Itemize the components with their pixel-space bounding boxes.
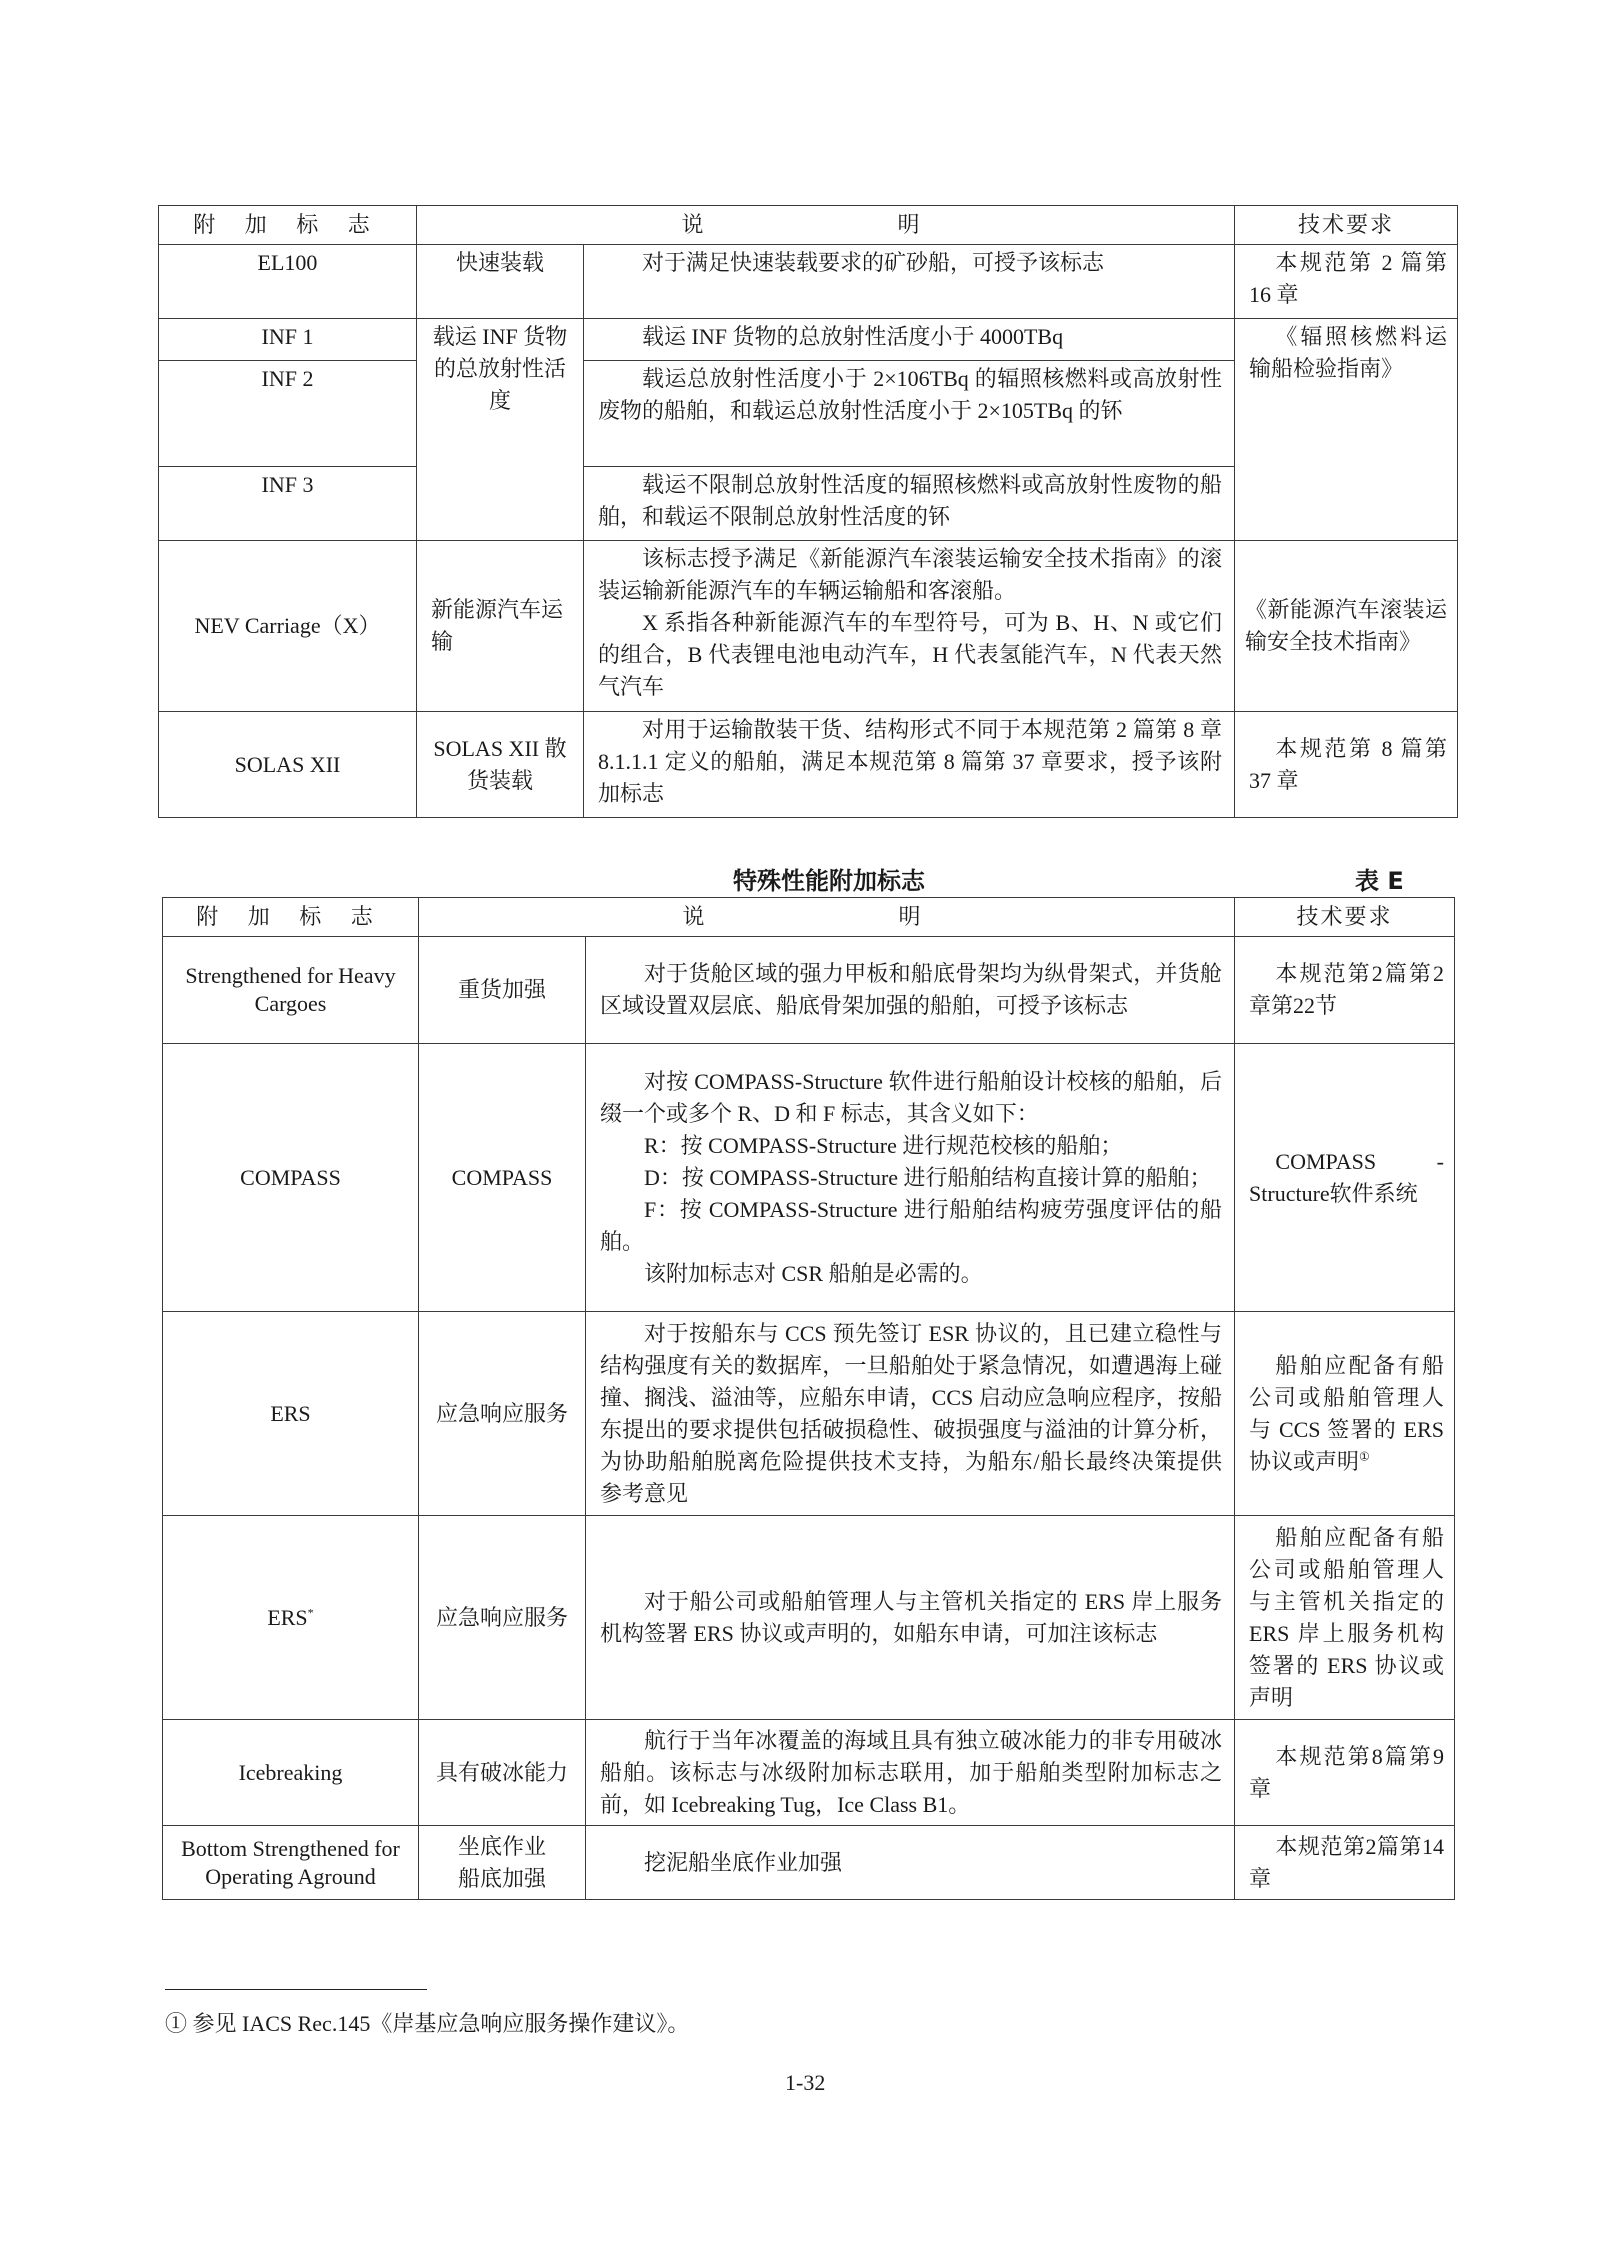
description-cell: 对用于运输散装干货、结构形式不同于本规范第 2 篇第 8 章 8.1.1.1 定… [584, 712, 1235, 818]
short-cell: 载运 INF 货物的总放射性活度 [417, 319, 584, 541]
short-cell: 应急响应服务 [419, 1312, 586, 1516]
table-row: Strengthened for Heavy Cargoes 重货加强 对于货舱… [163, 937, 1455, 1044]
asterisk-mark: * [308, 1605, 314, 1619]
flag-cell: Icebreaking [163, 1720, 419, 1826]
table-e: 附 加 标 志 说 明 技术要求 Strengthened for Heavy … [162, 897, 1455, 1900]
short-cell: COMPASS [419, 1044, 586, 1312]
flag-cell: ERS* [163, 1516, 419, 1720]
header-flag: 附 加 标 志 [163, 898, 419, 937]
table-row: Bottom Strengthened for Operating Agroun… [163, 1826, 1455, 1900]
flag-cell: SOLAS XII [159, 712, 417, 818]
header-requirements: 技术要求 [1235, 206, 1458, 245]
table-header-row: 附 加 标 志 说 明 技术要求 [159, 206, 1458, 245]
table-row: NEV Carriage（X） 新能源汽车运输 该标志授予满足《新能源汽车滚装运… [159, 541, 1458, 712]
flag-cell: Bottom Strengthened for Operating Agroun… [163, 1826, 419, 1900]
description-cell: 对于满足快速装载要求的矿砂船，可授予该标志 [584, 245, 1235, 319]
description-cell: 载运总放射性活度小于 2×106TBq 的辐照核燃料或高放射性废物的船舶，和载运… [584, 361, 1235, 467]
requirements-cell: 本规范第 8 篇第 37 章 [1235, 712, 1458, 818]
short-cell: 坐底作业船底加强 [419, 1826, 586, 1900]
table-row: COMPASS COMPASS 对按 COMPASS-Structure 软件进… [163, 1044, 1455, 1312]
header-description: 说 明 [419, 898, 1235, 937]
short-cell: 新能源汽车运输 [417, 541, 584, 712]
page-number: 1-32 [785, 2070, 825, 2096]
description-cell: 挖泥船坐底作业加强 [586, 1826, 1235, 1900]
description-cell: 对于货舱区域的强力甲板和船底骨架均为纵骨架式，并货舱区域设置双层底、船底骨架加强… [586, 937, 1235, 1044]
requirements-cell: 《新能源汽车滚装运输安全技术指南》 [1235, 541, 1458, 712]
description-cell: 对于船公司或船舶管理人与主管机关指定的 ERS 岸上服务机构签署 ERS 协议或… [586, 1516, 1235, 1720]
flag-cell: COMPASS [163, 1044, 419, 1312]
short-cell: 具有破冰能力 [419, 1720, 586, 1826]
requirements-text: 船舶应配备有船公司或船舶管理人与 CCS 签署的 ERS 协议或声明 [1249, 1353, 1444, 1474]
description-cell: 载运不限制总放射性活度的辐照核燃料或高放射性废物的船舶，和载运不限制总放射性活度… [584, 467, 1235, 541]
flag-cell: NEV Carriage（X） [159, 541, 417, 712]
description-cell: 航行于当年冰覆盖的海域且具有独立破冰能力的非专用破冰船舶。该标志与冰级附加标志联… [586, 1720, 1235, 1826]
table-row: ERS 应急响应服务 对于按船东与 CCS 预先签订 ESR 协议的，且已建立稳… [163, 1312, 1455, 1516]
flag-cell: INF 2 [159, 361, 417, 467]
footnote-divider [165, 1989, 427, 1990]
short-cell: 快速装载 [417, 245, 584, 319]
short-cell: 应急响应服务 [419, 1516, 586, 1720]
flag-cell: EL100 [159, 245, 417, 319]
table-row: INF 1 载运 INF 货物的总放射性活度 载运 INF 货物的总放射性活度小… [159, 319, 1458, 361]
table-row: ERS* 应急响应服务 对于船公司或船舶管理人与主管机关指定的 ERS 岸上服务… [163, 1516, 1455, 1720]
requirements-cell: 本规范第2篇第14章 [1235, 1826, 1455, 1900]
requirements-cell: 船舶应配备有船公司或船舶管理人与 CCS 签署的 ERS 协议或声明① [1235, 1312, 1455, 1516]
flag-cell: ERS [163, 1312, 419, 1516]
description-cell: 载运 INF 货物的总放射性活度小于 4000TBq [584, 319, 1235, 361]
requirements-cell: 本规范第2篇第2章第22节 [1235, 937, 1455, 1044]
short-cell: 重货加强 [419, 937, 586, 1044]
requirements-cell: COMPASS -Structure软件系统 [1235, 1044, 1455, 1312]
header-description: 说 明 [417, 206, 1235, 245]
table-header-row: 附 加 标 志 说 明 技术要求 [163, 898, 1455, 937]
description-cell: 对按 COMPASS-Structure 软件进行船舶设计校核的船舶，后缀一个或… [586, 1044, 1235, 1312]
table-row: Icebreaking 具有破冰能力 航行于当年冰覆盖的海域且具有独立破冰能力的… [163, 1720, 1455, 1826]
requirements-cell: 《辐照核燃料运输船检验指南》 [1235, 319, 1458, 541]
table-d-continued: 附 加 标 志 说 明 技术要求 EL100 快速装载 对于满足快速装载要求的矿… [158, 205, 1458, 818]
flag-cell: INF 1 [159, 319, 417, 361]
header-requirements: 技术要求 [1235, 898, 1455, 937]
description-cell: 该标志授予满足《新能源汽车滚装运输安全技术指南》的滚装运输新能源汽车的车辆运输船… [584, 541, 1235, 712]
footnote-ref[interactable]: ① [1359, 1449, 1370, 1463]
table-e-label: 表 E [1355, 861, 1404, 896]
requirements-cell: 船舶应配备有船公司或船舶管理人与主管机关指定的 ERS 岸上服务机构签署的 ER… [1235, 1516, 1455, 1720]
description-cell: 对于按船东与 CCS 预先签订 ESR 协议的，且已建立稳性与结构强度有关的数据… [586, 1312, 1235, 1516]
requirements-cell: 本规范第8篇第9章 [1235, 1720, 1455, 1826]
table-row: EL100 快速装载 对于满足快速装载要求的矿砂船，可授予该标志 本规范第 2 … [159, 245, 1458, 319]
table-e-title: 特殊性能附加标志 [733, 861, 925, 896]
flag-cell: Strengthened for Heavy Cargoes [163, 937, 419, 1044]
short-cell: SOLAS XII 散货装载 [417, 712, 584, 818]
table-row: SOLAS XII SOLAS XII 散货装载 对用于运输散装干货、结构形式不… [159, 712, 1458, 818]
header-flag: 附 加 标 志 [159, 206, 417, 245]
flag-cell: INF 3 [159, 467, 417, 541]
requirements-cell: 本规范第 2 篇第 16 章 [1235, 245, 1458, 319]
footnote: ① 参见 IACS Rec.145《岸基应急响应服务操作建议》。 [165, 2007, 689, 2038]
